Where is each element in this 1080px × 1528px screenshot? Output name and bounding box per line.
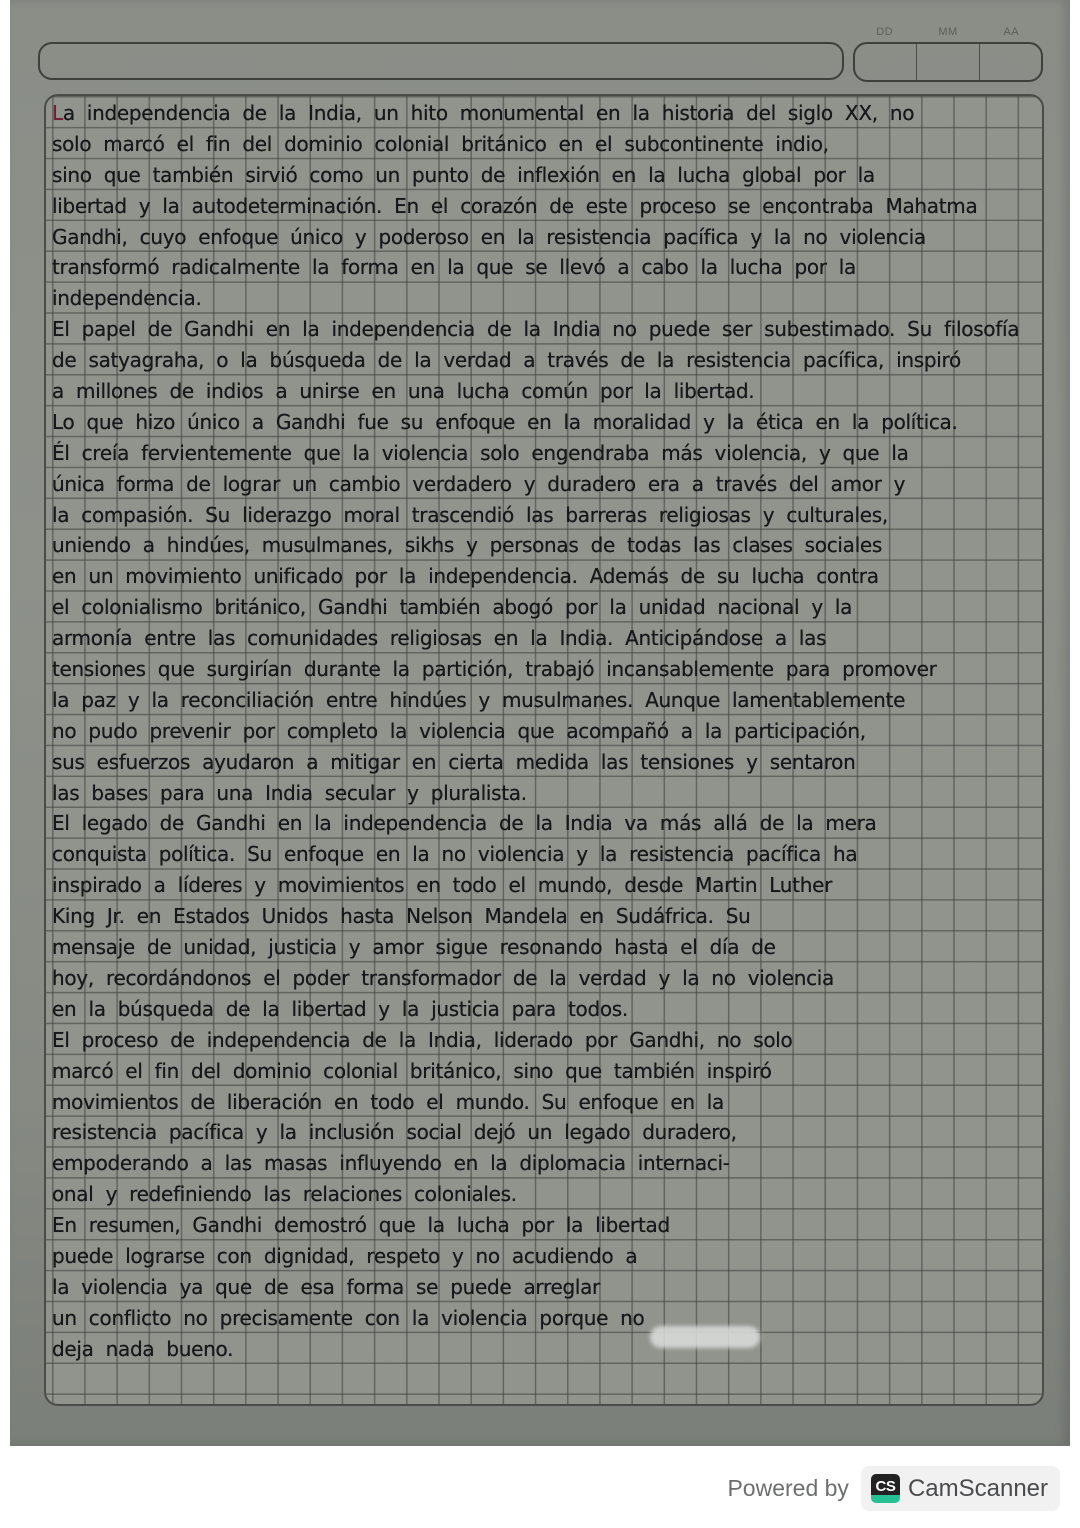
text-line: movimientos de liberación en todo el mun… (46, 1087, 1042, 1118)
date-day-cell (855, 44, 917, 80)
text-line: inspirado a líderes y movimientos en tod… (46, 870, 1042, 901)
title-field-box (38, 42, 844, 80)
text-line: armonía entre las comunidades religiosas… (46, 623, 1042, 654)
text-line: un conflicto no precisamente con la viol… (46, 1303, 1042, 1334)
text-line: no pudo prevenir por completo la violenc… (46, 716, 1042, 747)
text-line: independencia. (46, 283, 1042, 314)
text-line: tensiones que surgirían durante la parti… (46, 654, 1042, 685)
text-line: Lo que hizo único a Gandhi fue su enfoqu… (46, 407, 1042, 438)
date-month-cell (917, 44, 979, 80)
date-field-box (853, 42, 1043, 82)
scanned-page-photo: DD MM AA La independencia de la India, u… (10, 0, 1070, 1446)
text-line: el colonialismo británico, Gandhi tambié… (46, 592, 1042, 623)
text-line: la compasión. Su liderazgo moral trascen… (46, 500, 1042, 531)
date-label-year: AA (980, 26, 1043, 38)
text-line: solo marcó el fin del dominio colonial b… (46, 129, 1042, 160)
text-line: El papel de Gandhi en la independencia d… (46, 314, 1042, 345)
text-line: en la búsqueda de la libertad y la justi… (46, 994, 1042, 1025)
text-line: empoderando a las masas influyendo en la… (46, 1148, 1042, 1179)
text-line: Gandhi, cuyo enfoque único y poderoso en… (46, 222, 1042, 253)
correction-fluid-smudge (650, 1326, 760, 1348)
text-line: deja nada bueno. (46, 1334, 1042, 1365)
text-line: marcó el fin del dominio colonial britán… (46, 1056, 1042, 1087)
text-line-rest: a independencia de la India, un hito mon… (63, 101, 914, 125)
text-line: onal y redefiniendo las relaciones colon… (46, 1179, 1042, 1210)
text-line: El legado de Gandhi en la independencia … (46, 808, 1042, 839)
text-line: En resumen, Gandhi demostró que la lucha… (46, 1210, 1042, 1241)
text-line: conquista política. Su enfoque en la no … (46, 839, 1042, 870)
text-line: de satyagraha, o la búsqueda de la verda… (46, 345, 1042, 376)
text-line: libertad y la autodeterminación. En el c… (46, 191, 1042, 222)
text-line: única forma de lograr un cambio verdader… (46, 469, 1042, 500)
text-line: a millones de indios a unirse en una luc… (46, 376, 1042, 407)
text-line: La independencia de la India, un hito mo… (46, 98, 1042, 129)
date-labels: DD MM AA (853, 26, 1043, 38)
text-line: la violencia ya que de esa forma se pued… (46, 1272, 1042, 1303)
date-year-cell (980, 44, 1041, 80)
text-line: la paz y la reconciliación entre hindúes… (46, 685, 1042, 716)
scanner-watermark: Powered by CS CamScanner (727, 1466, 1060, 1511)
date-label-month: MM (916, 26, 979, 38)
first-letter-mark: L (52, 101, 63, 125)
text-line: mensaje de unidad, justicia y amor sigue… (46, 932, 1042, 963)
text-line: en un movimiento unificado por la indepe… (46, 561, 1042, 592)
camscanner-badge[interactable]: CS CamScanner (861, 1466, 1060, 1511)
text-line: resistencia pacífica y la inclusión soci… (46, 1117, 1042, 1148)
text-line: Él creía fervientemente que la violencia… (46, 438, 1042, 469)
grid-paper: La independencia de la India, un hito mo… (44, 94, 1044, 1406)
text-line: sus esfuerzos ayudaron a mitigar en cier… (46, 747, 1042, 778)
text-line: uniendo a hindúes, musulmanes, sikhs y p… (46, 530, 1042, 561)
text-line: El proceso de independencia de la India,… (46, 1025, 1042, 1056)
text-line: sino que también sirvió como un punto de… (46, 160, 1042, 191)
text-line: las bases para una India secular y plura… (46, 778, 1042, 809)
date-label-day: DD (853, 26, 916, 38)
handwritten-text: La independencia de la India, un hito mo… (46, 98, 1042, 1365)
text-line: transformó radicalmente la forma en la q… (46, 252, 1042, 283)
camscanner-logo-icon: CS (871, 1474, 900, 1503)
text-line: King Jr. en Estados Unidos hasta Nelson … (46, 901, 1042, 932)
text-line: hoy, recordándonos el poder transformado… (46, 963, 1042, 994)
text-line: puede lograrse con dignidad, respeto y n… (46, 1241, 1042, 1272)
powered-by-label: Powered by (727, 1475, 848, 1502)
camscanner-brand-name: CamScanner (908, 1475, 1048, 1503)
